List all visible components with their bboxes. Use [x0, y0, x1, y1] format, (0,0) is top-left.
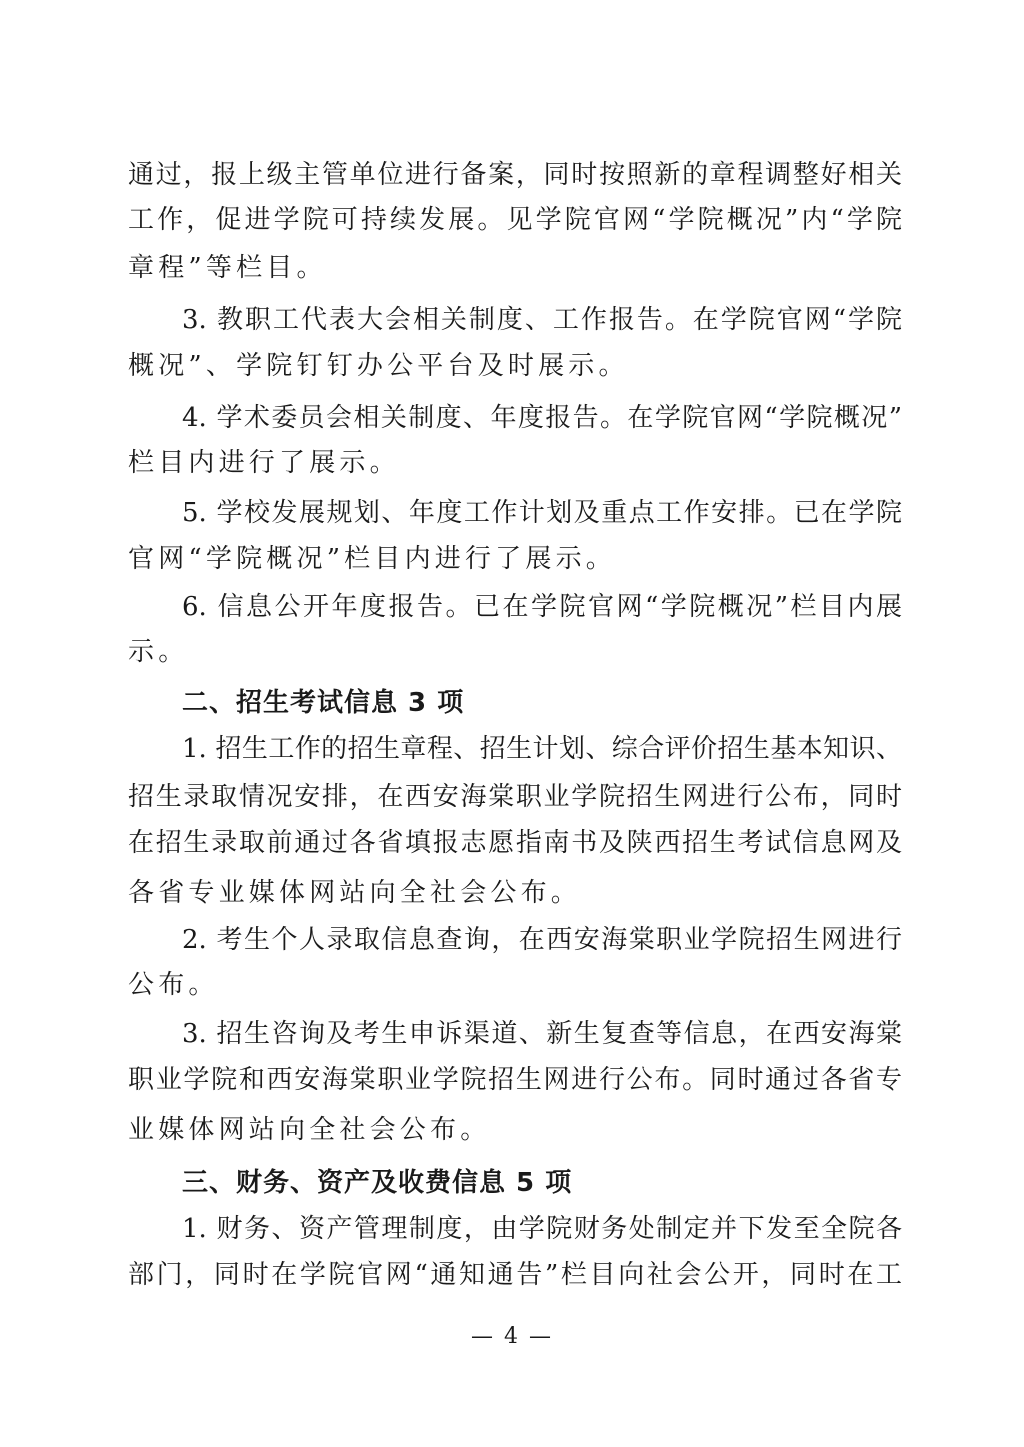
- list-item-6-line: 6. 信息公开年度报告。已在学院官网“学院概况”栏目内展: [182, 587, 902, 627]
- body-line: 在招生录取前通过各省填报志愿指南书及陕西招生考试信息网及: [128, 823, 902, 863]
- body-line: 示。: [128, 632, 902, 672]
- list-item-2-line: 2. 考生个人录取信息查询，在西安海棠职业学院招生网进行: [182, 920, 902, 960]
- body-line: 公布。: [128, 965, 902, 1005]
- body-line: 业媒体网站向全社会公布。: [128, 1110, 902, 1150]
- body-line: 招生录取情况安排，在西安海棠职业学院招生网进行公布，同时: [128, 777, 902, 817]
- body-line: 职业学院和西安海棠职业学院招生网进行公布。同时通过各省专: [128, 1060, 902, 1100]
- section-heading-admissions: 二、招生考试信息 3 项: [182, 683, 902, 723]
- list-item-3-line: 3. 教职工代表大会相关制度、工作报告。在学院官网“学院: [182, 300, 902, 340]
- body-line: 官网“学院概况”栏目内进行了展示。: [128, 539, 902, 579]
- section-heading-finance: 三、财务、资产及收费信息 5 项: [182, 1163, 902, 1203]
- list-item-1-line: 1. 招生工作的招生章程、招生计划、综合评价招生基本知识、: [182, 729, 902, 769]
- list-item-3-line: 3. 招生咨询及考生申诉渠道、新生复查等信息，在西安海棠: [182, 1014, 902, 1054]
- body-line: 章程”等栏目。: [128, 248, 902, 288]
- body-line: 各省专业媒体网站向全社会公布。: [128, 873, 902, 913]
- body-line: 通过，报上级主管单位进行备案，同时按照新的章程调整好相关: [128, 155, 902, 195]
- body-line: 部门，同时在学院官网“通知通告”栏目向社会公开，同时在工: [128, 1255, 902, 1295]
- body-line: 概况”、学院钉钉办公平台及时展示。: [128, 346, 902, 386]
- list-item-5-line: 5. 学校发展规划、年度工作计划及重点工作安排。已在学院: [182, 493, 902, 533]
- document-page: 通过，报上级主管单位进行备案，同时按照新的章程调整好相关 工作，促进学院可持续发…: [0, 0, 1024, 1447]
- page-number: — 4 —: [0, 1320, 1024, 1354]
- list-item-4-line: 4. 学术委员会相关制度、年度报告。在学院官网“学院概况”: [182, 398, 902, 438]
- list-item-1-line: 1. 财务、资产管理制度，由学院财务处制定并下发至全院各: [182, 1209, 902, 1249]
- body-line: 栏目内进行了展示。: [128, 443, 902, 483]
- body-line: 工作，促进学院可持续发展。见学院官网“学院概况”内“学院: [128, 200, 902, 240]
